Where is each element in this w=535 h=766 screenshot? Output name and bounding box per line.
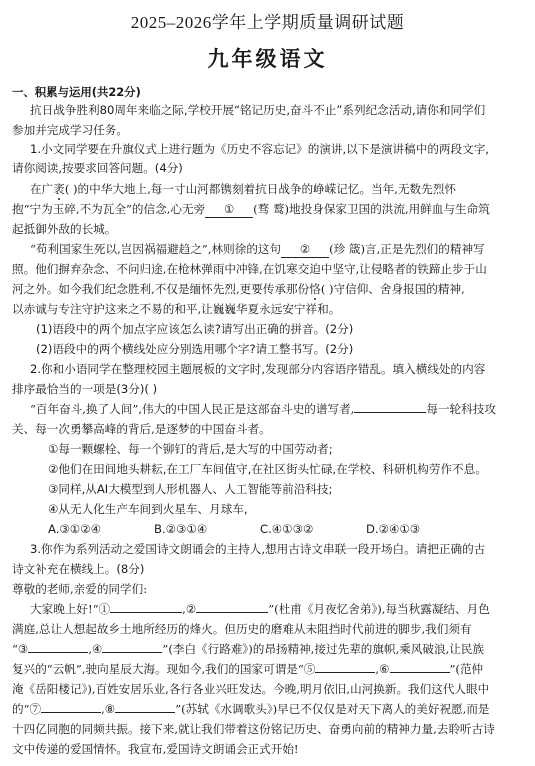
q1-passage1-line2: 抱“宁为玉碎,不为瓦全”的信念,心无旁①(骛 鹜)地投身保家卫国的洪流,用鲜血与… [0,201,535,218]
text: ,④ [88,642,102,656]
q3-line4: 复兴的“云帆”,驶向星辰大海。现如今,我们的国家可谓是“⑤,⑥”(范仲 [0,661,535,677]
text: ( )的中华大地上,每一寸山河都镌刻着抗日战争的峥嵘记忆。当年,无数先烈怀 [65,182,456,196]
text: ”(杜甫《月夜忆舍弟》),每当秋露凝结、月色 [268,602,490,616]
q1-stem-1: 1.小文同学要在升旗仪式上进行题为《历史不容忘记》的演讲,以下是演讲稿中的两段文… [0,141,535,157]
text: (骛 鹜)地投身保家卫国的洪流,用鲜血与生命筑 [253,202,490,216]
dotted-char: 袤 [53,182,65,196]
poem-blank-1[interactable] [110,612,182,613]
q2-stem-2: 排序最恰当的一项是(3分)( ) [0,381,535,397]
blank-1[interactable]: ① [205,201,253,218]
q1-stem-2: 请你阅读,按要求回答问题。(4分) [0,160,535,176]
exam-title: 2025–2026学年上学期质量调研试题 [0,8,535,33]
q1-passage1-line3: 起抵御外敌的长城。 [0,221,535,237]
poem-blank-7[interactable] [41,712,101,713]
q1-sub2: (2)语段中的两个横线处应分别选用哪个字?请工整书写。(2分) [0,341,535,357]
q3-line1: 大家晚上好!“①,②”(杜甫《月夜忆舍弟》),每当秋露凝结、月色 [0,601,535,617]
q1-passage2-line2: 照。他们摒弃杂念、不问归途,在枪林弹雨中冲锋,在饥寒交迫中坚守,让侵略者的铁蹄止… [0,261,535,277]
q2-options: A.③①②④B.②③①④C.④①③②D.②④①③ [0,521,535,537]
subject-title: 九年级语文 [0,43,535,73]
text: 复兴的“云帆”,驶向星辰大海。现如今,我们的国家可谓是“⑤ [12,662,315,676]
option-d[interactable]: D.②④①③ [366,521,472,537]
section-heading: 一、积累与运用(共22分) [0,84,535,100]
text: ,⑧ [101,702,115,716]
intro-line-1: 抗日战争胜利80周年来临之际,学校开展“铭记历史,奋斗不止”系列纪念活动,请你和… [0,102,535,118]
text: 大家晚上好!“① [30,602,110,616]
q1-passage2-line3: 河之外。如今我们纪念胜利,不仅是缅怀先烈,更要传承那份恪( )守信仰、舍身报国的… [0,281,535,297]
text: ”(苏轼《水调歌头》)早已不仅仅是对天下离人的美好祝愿,而是 [175,702,489,716]
poem-blank-6[interactable] [390,672,450,673]
poem-blank-5[interactable] [315,672,375,673]
dotted-char: 恪 [309,282,321,296]
answer-blank[interactable] [354,412,426,413]
q2-item-1: ①每一颗螺栓、每一个铆钉的背后,是大写的中国劳动者; [0,441,535,457]
exam-page: 2025–2026学年上学期质量调研试题 九年级语文 一、积累与运用(共22分)… [0,0,535,766]
poem-blank-4[interactable] [102,652,162,653]
q1-passage2-line4: 以赤诚与专注守护这来之不易的和平,让巍巍华夏永远安宁祥和。 [0,301,535,317]
q2-passage-line1: “百年奋斗,换了人间”,伟大的中国人民正是这部奋斗史的谱写者,每一轮科技攻 [0,401,535,417]
q2-stem-1: 2.你和小语同学在整理校园主题展板的文字时,发现部分内容语序错乱。填入横线处的内… [0,361,535,377]
option-c[interactable]: C.④①③② [260,521,366,537]
intro-line-2: 参加并完成学习任务。 [0,122,535,138]
q1-sub1: (1)语段中的两个加点字应该怎么读?请写出正确的拼音。(2分) [0,321,535,337]
text: “③ [12,642,28,656]
poem-blank-3[interactable] [28,652,88,653]
poem-blank-2[interactable] [196,612,268,613]
q3-line8: 文中传递的爱国情怀。我宣布,爱国诗文朗诵会正式开始! [0,741,535,757]
q3-line3: “③,④”(李白《行路难》)的昂扬精神,接过先辈的旗帜,乘风破浪,让民族 [0,641,535,657]
q3-stem-1: 3.你作为系列活动之爱国诗文朗诵会的主持人,想用古诗文串联一段开场白。请把正确的… [0,541,535,557]
q2-item-3: ③同样,从AI大模型到人形机器人、人工智能等前沿科技; [0,481,535,497]
text: “百年奋斗,换了人间”,伟大的中国人民正是这部奋斗史的谱写者, [30,402,354,416]
text: ( )守信仰、舍身报国的精神, [321,282,465,296]
option-b[interactable]: B.②③①④ [154,521,260,537]
q3-greeting: 尊敬的老师,亲爱的同学们: [0,581,535,597]
text: 抱“宁为玉碎,不为瓦全”的信念,心无旁 [12,202,205,216]
text: ,② [182,602,196,616]
q1-passage2-line1: “苟利国家生死以,岂因祸福避趋之”,林则徐的这句②(珍 箴)言,正是先烈们的精神… [0,241,535,258]
q2-item-4: ④从无人化生产车间到火星车、月球车, [0,501,535,517]
text: “苟利国家生死以,岂因祸福避趋之”,林则徐的这句 [30,242,281,256]
q3-line7: 十四亿同胞的同频共振。接下来,就让我们带着这份铭记历史、奋勇向前的精神力量,去聆… [0,721,535,737]
text: 每一轮科技攻 [426,402,496,416]
q3-line5: 淹《岳阳楼记》),百姓安居乐业,各行各业兴旺发达。今晚,明月依旧,山河换新。我们… [0,681,535,697]
text: ,⑥ [375,662,389,676]
text: ”(李白《行路难》)的昂扬精神,接过先辈的旗帜,乘风破浪,让民族 [162,642,484,656]
q3-line2: 满庭,总让人想起故乡土地所经历的烽火。但历史的磨难从未阻挡时代前进的脚步,我们须… [0,621,535,637]
option-a[interactable]: A.③①②④ [48,521,154,537]
q2-passage-line2: 关、每一次勇攀高峰的背后,是逐梦的中国奋斗者。 [0,421,535,437]
text: 在广 [30,182,53,196]
poem-blank-8[interactable] [115,712,175,713]
blank-2[interactable]: ② [281,241,329,258]
text: 的“⑦ [12,702,41,716]
q1-passage1-line1: 在广袤( )的中华大地上,每一寸山河都镌刻着抗日战争的峥嵘记忆。当年,无数先烈怀 [0,181,535,197]
q3-stem-2: 诗文补充在横线上。(8分) [0,561,535,577]
q2-item-2: ②他们在田间地头耕耘,在工厂车间值守,在社区街头忙碌,在学校、科研机构劳作不息。 [0,461,535,477]
text: 河之外。如今我们纪念胜利,不仅是缅怀先烈,更要传承那份 [12,282,309,296]
q3-line6: 的“⑦,⑧”(苏轼《水调歌头》)早已不仅仅是对天下离人的美好祝愿,而是 [0,701,535,717]
text: ”(范仲 [450,662,484,676]
text: (珍 箴)言,正是先烈们的精神写 [329,242,485,256]
